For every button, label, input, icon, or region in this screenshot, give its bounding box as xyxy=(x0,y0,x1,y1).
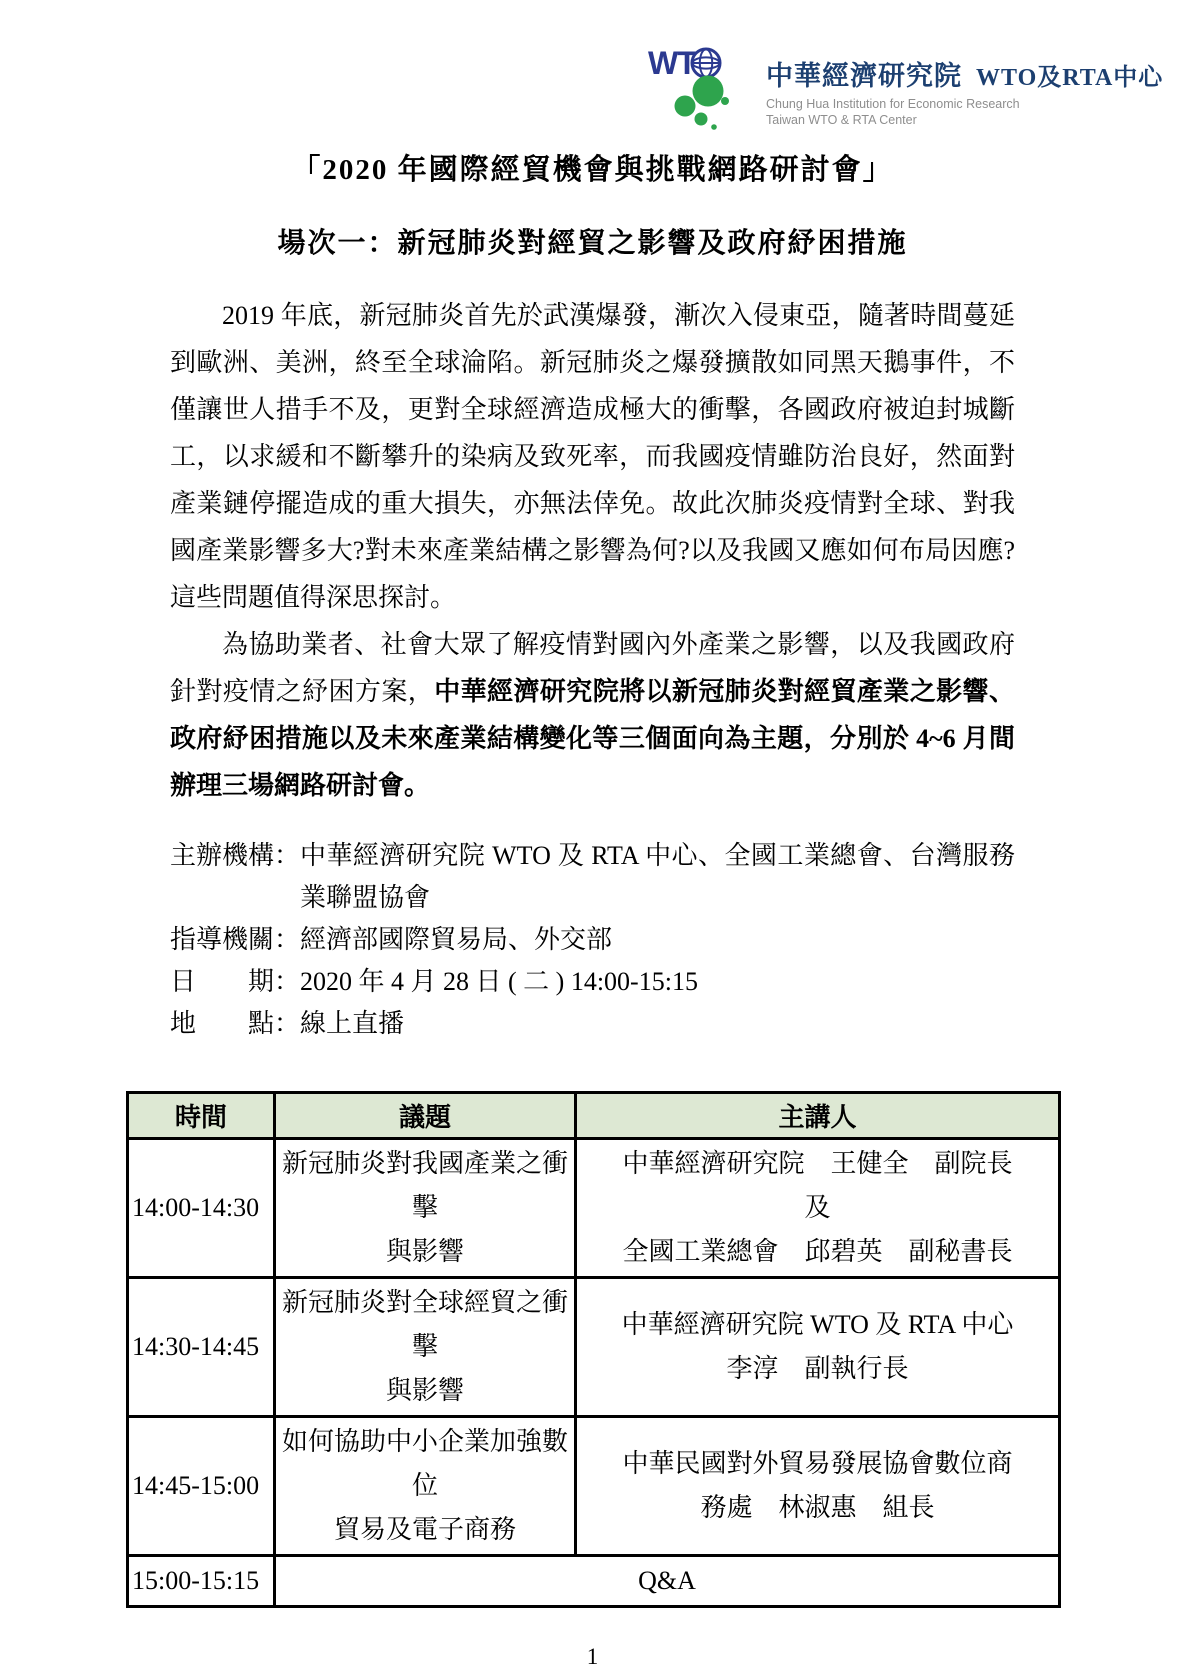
center-name-zh: WTO及RTA中心 xyxy=(976,57,1163,92)
org-name-en: Chung Hua Institution for Economic Resea… xyxy=(766,96,1163,112)
page-number: 1 xyxy=(170,1644,1015,1670)
document-content: 「2020 年國際經貿機會與挑戰網路研討會」 場次一：新冠肺炎對經貿之影響及政府… xyxy=(170,150,1015,1670)
location-value: 線上直播 xyxy=(300,1003,1015,1045)
agenda-row-4-qa: Q&A xyxy=(275,1556,1060,1607)
agenda-row-3-topic: 如何協助中小企業加強數位 貿易及電子商務 xyxy=(275,1417,576,1556)
wto-rta-logo-icon: WT xyxy=(648,46,752,130)
agenda-row-2-time: 14:30-14:45 xyxy=(128,1278,275,1417)
event-info-list: 主辦機構： 中華經濟研究院 WTO 及 RTA 中心、全國工業總會、台灣服務業聯… xyxy=(170,835,1015,1045)
agenda-row-1-topic: 新冠肺炎對我國產業之衝擊 與影響 xyxy=(275,1139,576,1278)
purpose-paragraph: 為協助業者、社會大眾了解疫情對國內外產業之影響，以及我國政府針對疫情之紓困方案，… xyxy=(170,621,1015,809)
location-label: 地 點： xyxy=(170,1003,300,1045)
agenda-header-topic: 議題 xyxy=(275,1093,576,1139)
page-title: 「2020 年國際經貿機會與挑戰網路研討會」 xyxy=(170,150,1015,190)
agenda-table: 時間 議題 主講人 14:00-14:30 新冠肺炎對我國產業之衝擊 與影響 中… xyxy=(126,1091,1061,1608)
advisor-label: 指導機關： xyxy=(170,919,300,961)
agenda-row-3: 14:45-15:00 如何協助中小企業加強數位 貿易及電子商務 中華民國對外貿… xyxy=(128,1417,1060,1556)
agenda-row-3-time: 14:45-15:00 xyxy=(128,1417,275,1556)
agenda-header-speaker: 主講人 xyxy=(576,1093,1060,1139)
session-subtitle: 場次一：新冠肺炎對經貿之影響及政府紓困措施 xyxy=(170,224,1015,264)
date-value: 2020 年 4 月 28 日 ( 二 ) 14:00-15:15 xyxy=(300,961,1015,1003)
svg-text:WT: WT xyxy=(648,46,697,81)
agenda-row-1-time: 14:00-14:30 xyxy=(128,1139,275,1278)
agenda-row-3-speaker: 中華民國對外貿易發展協會數位商 務處 林淑惠 組長 xyxy=(576,1417,1060,1556)
org-logo-header: WT 中華經濟研究院 WTO及RTA中心 Chung Hua Instituti… xyxy=(648,46,1163,130)
agenda-row-1-speaker: 中華經濟研究院 王健全 副院長 及 全國工業總會 邱碧英 副秘書長 xyxy=(576,1139,1060,1278)
advisor-value: 經濟部國際貿易局、外交部 xyxy=(300,919,1015,961)
organizer-label: 主辦機構： xyxy=(170,835,300,877)
organizer-value: 中華經濟研究院 WTO 及 RTA 中心、全國工業總會、台灣服務業聯盟協會 xyxy=(300,835,1015,919)
agenda-row-2: 14:30-14:45 新冠肺炎對全球經貿之衝擊 與影響 中華經濟研究院 WTO… xyxy=(128,1278,1060,1417)
agenda-header-row: 時間 議題 主講人 xyxy=(128,1093,1060,1139)
info-row-date: 日 期： 2020 年 4 月 28 日 ( 二 ) 14:00-15:15 xyxy=(170,961,1015,1003)
info-row-advisor: 指導機關： 經濟部國際貿易局、外交部 xyxy=(170,919,1015,961)
agenda-row-4-time: 15:00-15:15 xyxy=(128,1556,275,1607)
center-name-en: Taiwan WTO & RTA Center xyxy=(766,112,1163,128)
date-label: 日 期： xyxy=(170,961,300,1003)
org-logo-text: 中華經濟研究院 WTO及RTA中心 Chung Hua Institution … xyxy=(766,46,1163,128)
agenda-row-2-topic: 新冠肺炎對全球經貿之衝擊 與影響 xyxy=(275,1278,576,1417)
intro-paragraph: 2019 年底，新冠肺炎首先於武漢爆發，漸次入侵東亞，隨著時間蔓延到歐洲、美洲，… xyxy=(170,292,1015,621)
document-page: WT 中華經濟研究院 WTO及RTA中心 Chung Hua Instituti… xyxy=(0,0,1183,1673)
agenda-row-1: 14:00-14:30 新冠肺炎對我國產業之衝擊 與影響 中華經濟研究院 王健全… xyxy=(128,1139,1060,1278)
agenda-header-time: 時間 xyxy=(128,1093,275,1139)
info-row-location: 地 點： 線上直播 xyxy=(170,1003,1015,1045)
info-row-organizer: 主辦機構： 中華經濟研究院 WTO 及 RTA 中心、全國工業總會、台灣服務業聯… xyxy=(170,835,1015,919)
agenda-row-2-speaker: 中華經濟研究院 WTO 及 RTA 中心 李淳 副執行長 xyxy=(576,1278,1060,1417)
agenda-row-4: 15:00-15:15 Q&A xyxy=(128,1556,1060,1607)
org-name-zh: 中華經濟研究院 xyxy=(766,54,962,93)
